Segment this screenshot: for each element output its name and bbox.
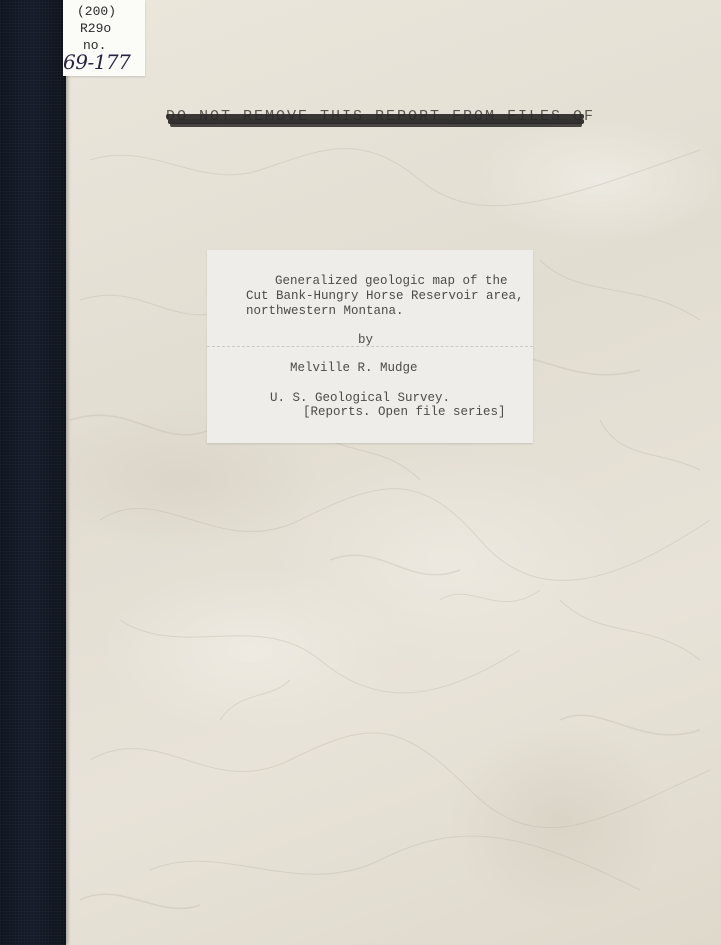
title-line-3: northwestern Montana. (246, 304, 404, 319)
publisher: U. S. Geological Survey. (270, 391, 450, 406)
series-note: [Reports. Open file series] (303, 405, 506, 420)
struck-stamp: DO NOT REMOVE THIS REPORT FROM FILES OF (166, 108, 586, 130)
handwritten-report-number: 69-177 (63, 50, 130, 74)
title-label: Generalized geologic map of the Cut Bank… (207, 250, 533, 443)
binding-spine (0, 0, 66, 945)
title-line-2: Cut Bank-Hungry Horse Reservoir area, (246, 289, 524, 304)
author-name: Melville R. Mudge (290, 361, 418, 376)
strike-line (170, 123, 582, 127)
call-number-line-1: (200) (77, 4, 116, 19)
fold-line (207, 346, 533, 347)
call-number-line-2: R29o (80, 21, 111, 36)
marbled-cover (0, 0, 721, 945)
marble-texture (0, 0, 721, 945)
call-number-label: (200) R29o no. 69-177 (63, 0, 145, 76)
title-line-1: Generalized geologic map of the (275, 274, 508, 289)
